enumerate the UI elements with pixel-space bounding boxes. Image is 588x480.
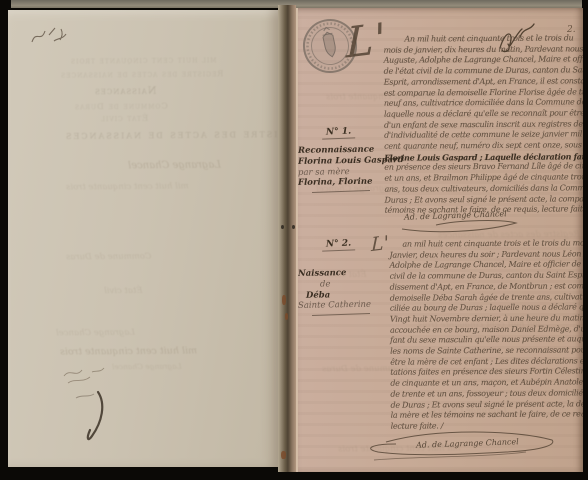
- bleedthrough-text: Commune de Duras: [66, 252, 151, 263]
- paper-damage-speck: [281, 451, 286, 459]
- bleedthrough-text: mil huit cent cinquante trois: [70, 55, 217, 65]
- bleedthrough-text: mil huit cent cinquante trois: [66, 181, 189, 192]
- entry1-drop-cap: L': [346, 17, 386, 64]
- bleedthrough-text: Naissances: [94, 86, 157, 98]
- margin-rule: [312, 313, 370, 316]
- paper-damage-speck: [285, 313, 288, 320]
- right-page: mil huit cent cinquante trois Commune de…: [296, 8, 583, 472]
- ink-comma-stroke-icon: [70, 388, 108, 446]
- entry2-act-number: N° 2.: [322, 238, 356, 251]
- margin-note-line: Sainte Catherine: [298, 299, 404, 312]
- entry1-margin-note: Reconnaissance Florina Louis Gaspard par…: [298, 145, 404, 192]
- signature-underline-flourish-icon: [394, 218, 524, 234]
- bleedthrough-text: Lagrange Chancel: [128, 160, 221, 172]
- entry2-body: an mil huit cent cinquante trois et le t…: [389, 238, 582, 432]
- bleedthrough-text: Lagrange Chancel: [112, 362, 182, 372]
- binding-stitch: [281, 225, 284, 229]
- pencil-scribble-icon: [60, 362, 110, 390]
- bleedthrough-text: État civil: [104, 286, 143, 296]
- binding-stitch: [292, 225, 295, 229]
- register-scan: mil huit cent cinquante trois Registre d…: [0, 0, 588, 480]
- left-page: mil huit cent cinquante trois Registre d…: [8, 10, 278, 467]
- margin-note-line: Florina, Florine: [298, 176, 404, 189]
- bleedthrough-text: Registre des actes de naissances: [64, 127, 278, 142]
- bleedthrough-text: mil huit cent cinquante trois: [60, 345, 197, 357]
- entry2-drop-cap: L': [371, 234, 389, 255]
- bleedthrough-text: Registre des actes de naissances: [60, 69, 223, 79]
- bleedthrough-text: État civil: [100, 114, 148, 124]
- bleedthrough-text: Lagrange Chancel: [56, 328, 135, 339]
- book-top-edge: [11, 0, 582, 8]
- paper-damage-speck: [282, 295, 286, 305]
- signature-underline-flourish-icon: [356, 426, 566, 464]
- pen-scribble-icon: [28, 20, 72, 52]
- entry1-body: An mil huit cent cinquante trois et le t…: [383, 33, 580, 216]
- entry2-margin-note: Naissance de Déba Sainte Catherine: [298, 268, 404, 315]
- bleedthrough-text: Commune de Duras: [74, 102, 168, 113]
- entry1-act-number: N° 1.: [322, 126, 356, 139]
- binding-gutter: [278, 5, 296, 472]
